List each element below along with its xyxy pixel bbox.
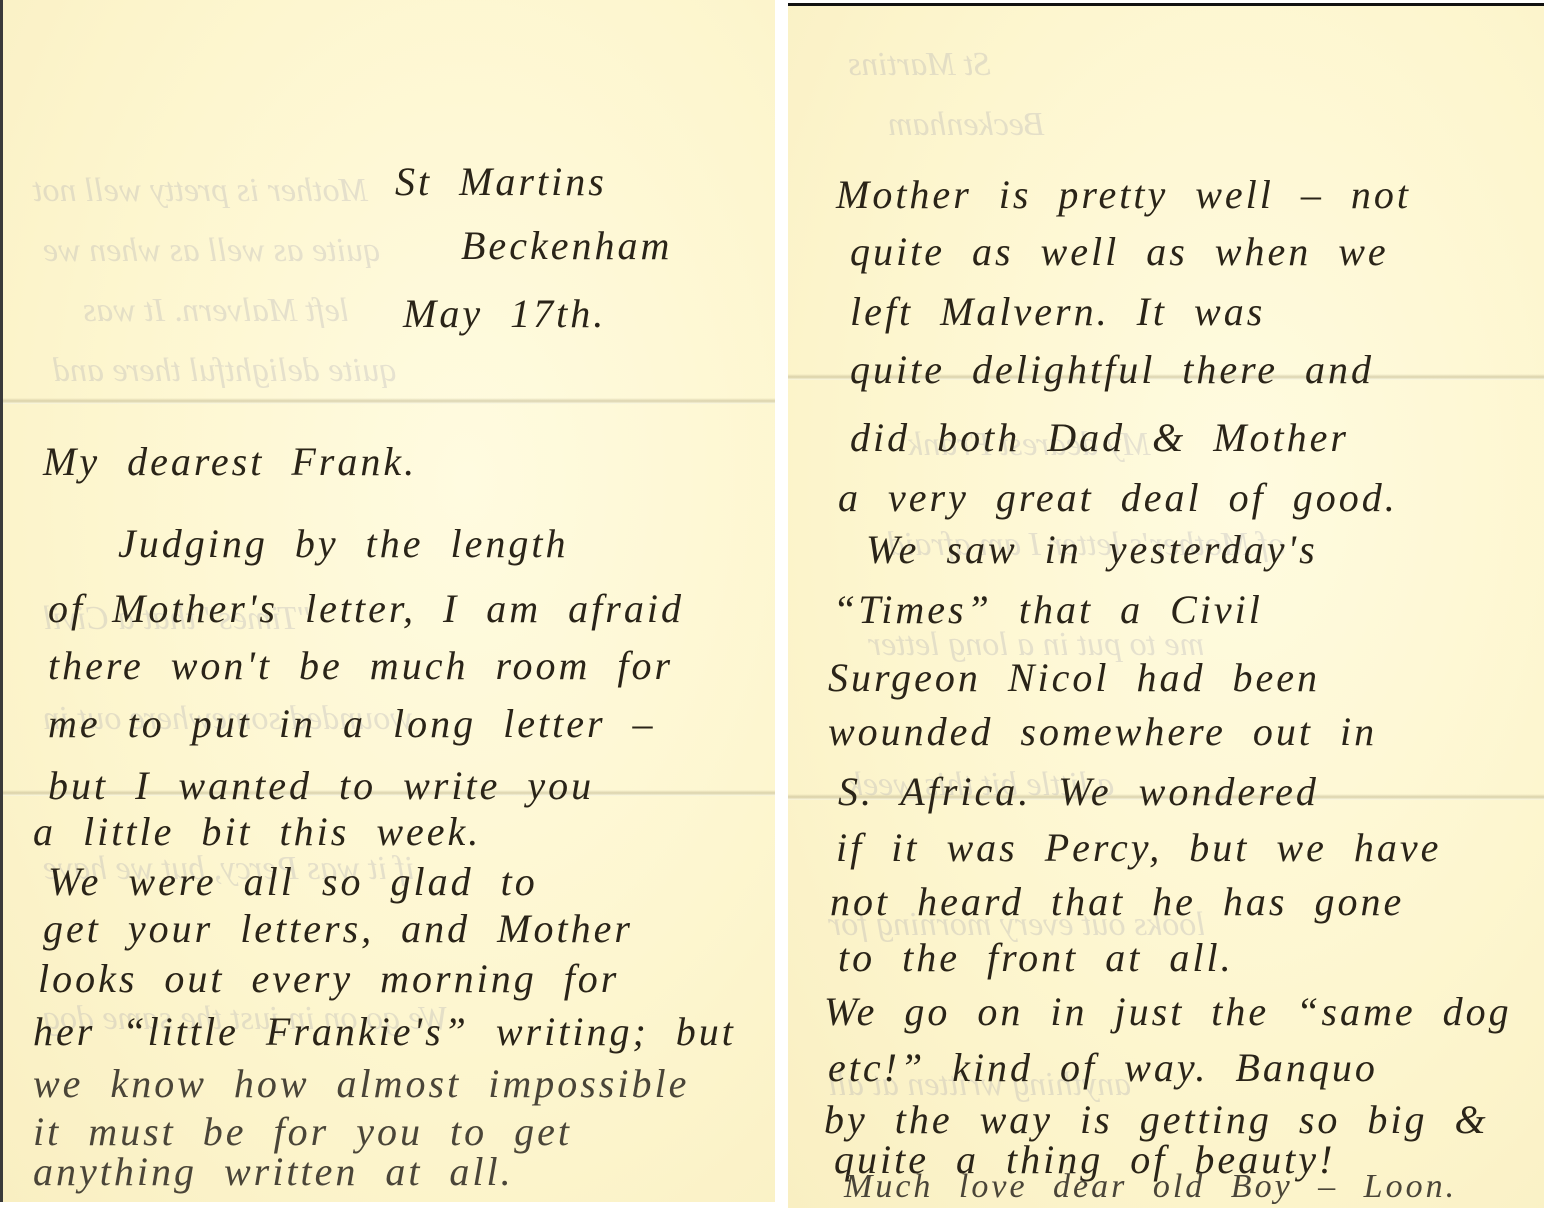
letter-line: Surgeon Nicol had been bbox=[828, 654, 1320, 701]
paper-fold bbox=[3, 398, 775, 404]
bleed-through-text: quite as well as when we bbox=[43, 232, 380, 270]
address-line-2: Beckenham bbox=[461, 222, 672, 269]
letter-line: but I wanted to write you bbox=[48, 762, 594, 809]
bleed-through-text: St Martins bbox=[848, 46, 991, 84]
letter-line: We saw in yesterday's bbox=[866, 526, 1318, 573]
letter-line: if it was Percy, but we have bbox=[836, 824, 1441, 871]
letter-line: a very great deal of good. bbox=[838, 474, 1398, 521]
letter-line: “Times” that a Civil bbox=[833, 586, 1263, 633]
letter-line: me to put in a long letter – bbox=[48, 700, 656, 747]
letter-page-right: St Martins Beckenham My dearest Frank of… bbox=[788, 3, 1544, 1208]
bleed-through-text: Mother is pretty well not bbox=[33, 172, 368, 210]
bleed-through-text: quite delightful there and bbox=[53, 352, 396, 390]
bleed-through-text: left Malvern. It was bbox=[83, 292, 349, 330]
letter-line: there won't be much room for bbox=[48, 642, 673, 689]
letter-line: looks out every morning for bbox=[38, 955, 619, 1002]
letter-line: not heard that he has gone bbox=[830, 878, 1404, 925]
letter-line: get your letters, and Mother bbox=[43, 905, 633, 952]
letter-line: left Malvern. It was bbox=[850, 288, 1265, 335]
letter-line: wounded somewhere out in bbox=[828, 708, 1377, 755]
letter-line: of Mother's letter, I am afraid bbox=[48, 585, 684, 632]
letter-line: Mother is pretty well – not bbox=[836, 171, 1411, 218]
letter-page-left: Mother is pretty well not quite as well … bbox=[0, 0, 775, 1202]
salutation: My dearest Frank. bbox=[43, 438, 417, 485]
letter-line: her “little Frankie's” writing; but bbox=[33, 1008, 736, 1055]
letter-line: We were all so glad to bbox=[48, 858, 538, 905]
letter-line: quite as well as when we bbox=[850, 228, 1389, 275]
bleed-through-text: Beckenham bbox=[888, 106, 1045, 144]
letter-line: We go on in just the “same dog bbox=[824, 988, 1512, 1035]
letter-line: we know how almost impossible bbox=[33, 1060, 689, 1107]
letter-line: etc!” kind of way. Banquo bbox=[828, 1044, 1378, 1091]
letter-line: anything written at all. bbox=[33, 1148, 514, 1195]
address-line-1: St Martins bbox=[395, 158, 607, 205]
letter-line: did both Dad & Mother bbox=[850, 414, 1349, 461]
letter-line: S. Africa. We wondered bbox=[838, 768, 1319, 815]
letter-line: a little bit this week. bbox=[33, 808, 481, 855]
letter-line: to the front at all. bbox=[838, 934, 1234, 981]
letter-closing: Much love dear old Boy – Loon. bbox=[844, 1168, 1457, 1206]
letter-date: May 17th. bbox=[403, 290, 606, 337]
letter-line: Judging by the length bbox=[118, 520, 568, 567]
letter-line: quite delightful there and bbox=[850, 346, 1374, 393]
